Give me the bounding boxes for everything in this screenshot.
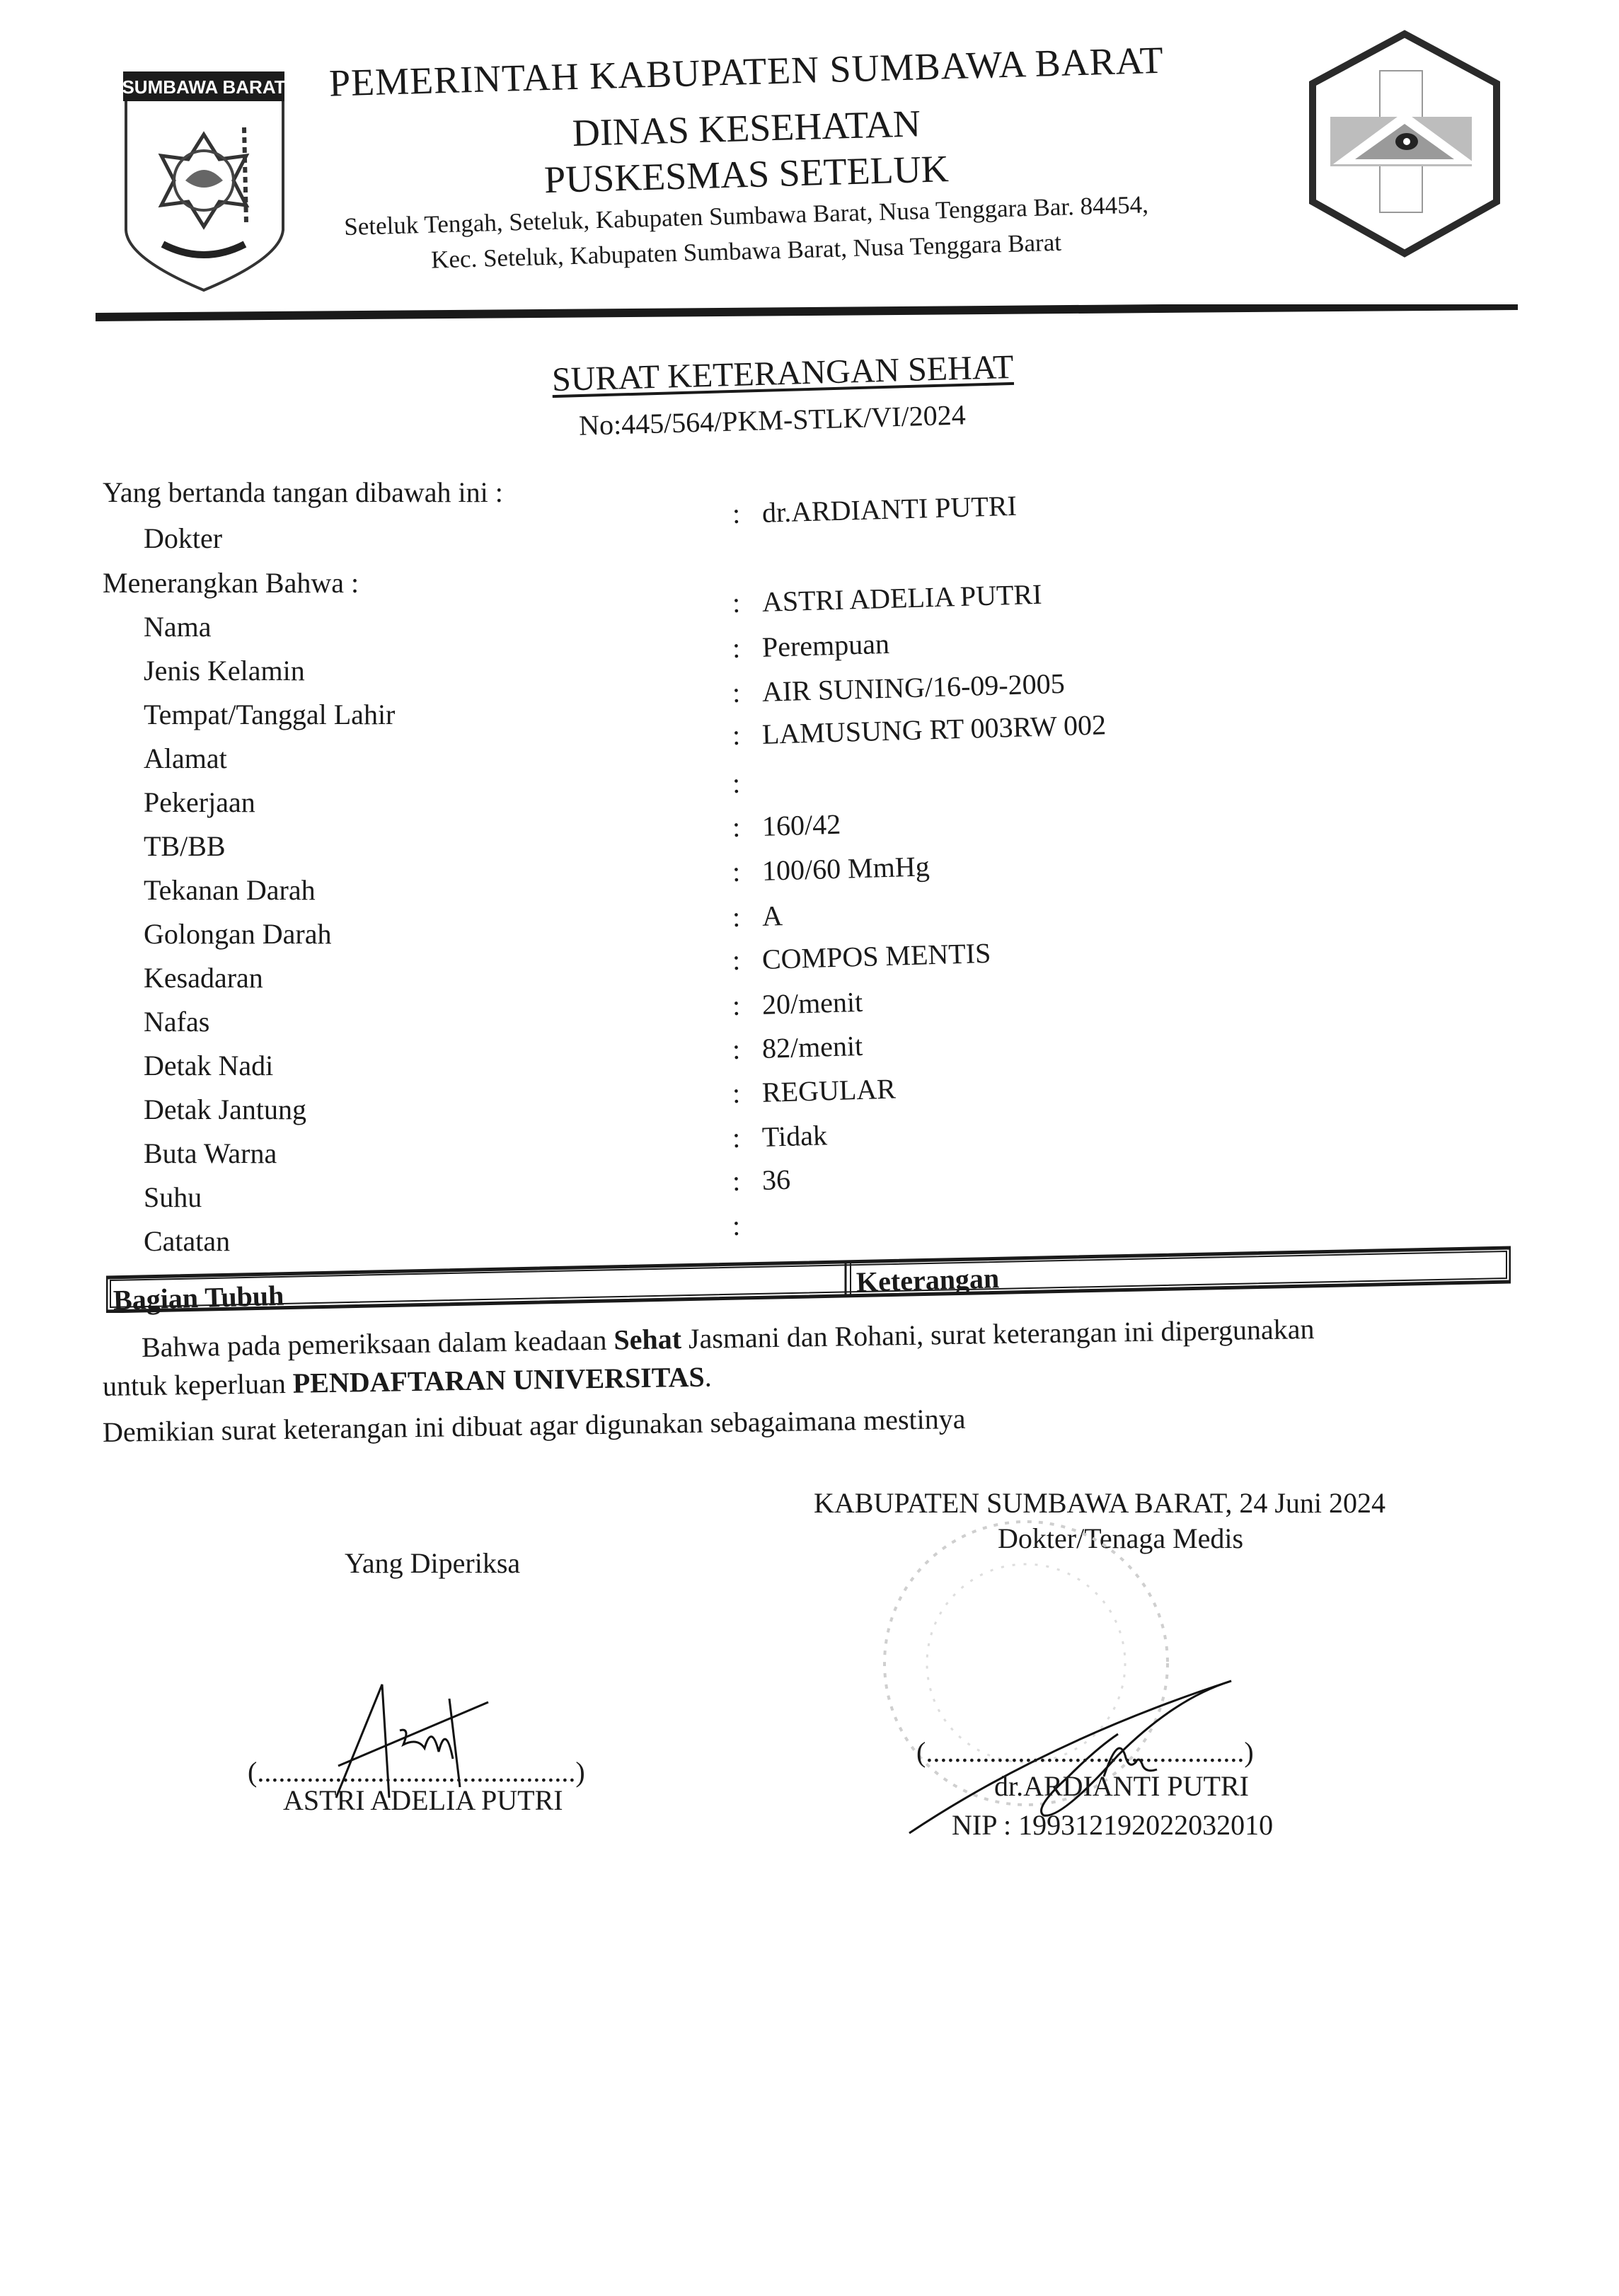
field-value-tb-bb: :160/42 bbox=[732, 808, 841, 844]
field-label-nama: Nama bbox=[144, 610, 212, 643]
puskesmas-hexagon-cross-icon bbox=[1302, 28, 1507, 262]
body-examination-table bbox=[106, 1242, 1511, 1313]
document-number: No:445/564/PKM-STLK/VI/2024 bbox=[578, 398, 966, 442]
field-label-golongan-darah: Golongan Darah bbox=[144, 917, 331, 951]
table-header-keterangan: Keterangan bbox=[855, 1261, 999, 1299]
table-header-bagian-tubuh: Bagian Tubuh bbox=[113, 1279, 284, 1317]
field-label-detak-jantung: Detak Jantung bbox=[144, 1093, 306, 1126]
left-signatory-name: ASTRI ADELIA PUTRI bbox=[283, 1784, 563, 1817]
field-value-kesadaran: :COMPOS MENTIS bbox=[732, 936, 991, 977]
field-value-catatan: : bbox=[732, 1208, 762, 1242]
statement-line-1: Bahwa pada pemeriksaan dalam keadaan Seh… bbox=[142, 1312, 1315, 1364]
field-value-detak-jantung: :REGULAR bbox=[732, 1072, 896, 1110]
left-signatory-title: Yang Diperiksa bbox=[345, 1546, 520, 1580]
document-title: SURAT KETERANGAN SEHAT bbox=[551, 348, 1014, 399]
field-label-tb-bb: TB/BB bbox=[144, 830, 226, 863]
field-label-nafas: Nafas bbox=[144, 1005, 209, 1038]
field-label-detak-nadi: Detak Nadi bbox=[144, 1049, 273, 1082]
field-label-kesadaran: Kesadaran bbox=[144, 961, 263, 994]
field-label-tempat-tanggal-lahir: Tempat/Tanggal Lahir bbox=[144, 698, 395, 731]
right-signatory-nip: NIP : 199312192022032010 bbox=[952, 1808, 1273, 1842]
field-value-detak-nadi: :82/menit bbox=[732, 1029, 863, 1066]
right-signatory-name: dr.ARDIANTI PUTRI bbox=[994, 1769, 1249, 1803]
letterhead-divider bbox=[96, 304, 1518, 321]
field-value-tekanan-darah: :100/60 MmHg bbox=[732, 849, 930, 888]
field-value-doctor: :dr.ARDIANTI PUTRI bbox=[732, 489, 1017, 530]
field-value-jenis-kelamin: :Perempuan bbox=[732, 627, 889, 665]
field-value-nafas: :20/menit bbox=[732, 985, 863, 1022]
right-signature-line: (.......................................… bbox=[916, 1735, 1254, 1769]
field-value-buta-warna: :Tidak bbox=[732, 1118, 827, 1154]
field-label-pekerjaan: Pekerjaan bbox=[144, 786, 255, 819]
statement-intro: Menerangkan Bahwa : bbox=[103, 566, 359, 599]
field-label-tekanan-darah: Tekanan Darah bbox=[144, 873, 316, 907]
field-label-alamat: Alamat bbox=[144, 742, 227, 775]
field-value-nama: :ASTRI ADELIA PUTRI bbox=[732, 578, 1042, 619]
statement-line-2: untuk keperluan PENDAFTARAN UNIVERSITAS. bbox=[103, 1360, 712, 1403]
field-value-pekerjaan: : bbox=[732, 766, 762, 800]
closing-statement: Demikian surat keterangan ini dibuat aga… bbox=[103, 1402, 966, 1449]
field-value-tempat-tanggal-lahir: :AIR SUNING/16-09-2005 bbox=[732, 667, 1065, 709]
field-value-golongan-darah: :A bbox=[732, 899, 783, 934]
field-label-suhu: Suhu bbox=[144, 1181, 202, 1214]
field-label-jenis-kelamin: Jenis Kelamin bbox=[144, 654, 305, 687]
signatory-intro: Yang bertanda tangan dibawah ini : bbox=[103, 476, 503, 509]
field-value-alamat: :LAMUSUNG RT 003RW 002 bbox=[732, 708, 1106, 752]
field-label-doctor: Dokter bbox=[144, 522, 222, 555]
field-label-buta-warna: Buta Warna bbox=[144, 1137, 277, 1170]
field-value-suhu: :36 bbox=[732, 1163, 790, 1198]
